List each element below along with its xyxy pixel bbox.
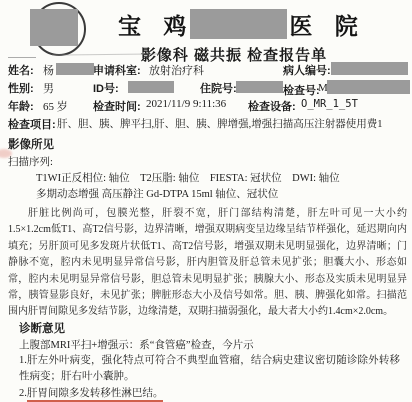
diagnosis-item-1: 1.肝左外叶病变，强化特点可符合不典型血管瘤，结合病史建议密切随诊除外转移性病变… <box>19 353 400 385</box>
hospital-name-suffix: 医 院 <box>289 8 365 41</box>
redaction-box-name <box>56 63 94 75</box>
name-label: 姓名: <box>8 62 34 78</box>
scan-sequence-line2: 多期动态增强 高压静注 Gd-DTPA 15ml 轴位、冠状位 <box>36 186 278 201</box>
dept-label: 申请科室: <box>93 62 141 78</box>
redaction-box-admission <box>236 81 283 93</box>
patient-no-label: 病人编号: <box>283 62 331 78</box>
redaction-box-exam-no <box>327 80 410 94</box>
device-value: O_MR_1_5T <box>301 98 358 110</box>
age-label: 年龄: <box>8 98 34 114</box>
exam-time-value: 2021/11/9 9:11:36 <box>146 98 226 110</box>
redaction-box-id <box>128 81 174 93</box>
gender-label: 性别: <box>8 80 34 96</box>
id-label: ID号: <box>93 80 119 96</box>
findings-body: 肝脏比例尚可，包膜光整，肝裂不宽，肝门部结构清楚，肝左叶可见一大小约1.5×1.… <box>8 206 407 321</box>
diagnosis-item-2-number: 2. <box>19 388 27 399</box>
scan-line-fragment <box>8 57 36 58</box>
diagnosis-item-2-text: 肝胃间隙多发转移性淋巴结。 <box>27 388 164 402</box>
exam-items-value: 肝、胆、胰、脾平扫,肝、胆、胰、脾增强,增强扫描高压注射器使用费1 <box>57 116 383 131</box>
gender-value: 男 <box>43 80 54 96</box>
exam-items-label: 检查项目: <box>8 116 56 132</box>
hospital-title: 宝 鸡 医 院 <box>118 8 366 40</box>
diagnosis-summary: 上腹部MRI平扫+增强示：系“食管癌”检查，今片示 <box>19 337 254 352</box>
dept-value: 放射治疗科 <box>149 62 204 78</box>
findings-heading: 影像所见 <box>8 136 54 152</box>
redaction-box-patient-no <box>331 62 408 75</box>
device-label: 检查设备: <box>248 98 296 114</box>
diagnosis-item-2: 2.肝胃间隙多发转移性淋巴结。 <box>19 385 163 400</box>
hospital-name-prefix: 宝 鸡 <box>118 8 194 41</box>
diagnosis-heading: 诊断意见 <box>19 320 65 336</box>
age-value: 65 岁 <box>43 98 68 114</box>
name-value: 杨 <box>43 62 54 78</box>
report-page: 宝 鸡 医 院 影像科 磁共振 检查报告单 姓名: 杨 申请科室: 放射治疗科 … <box>0 0 412 402</box>
scan-sequence-label: 扫描序列: <box>8 154 53 169</box>
redaction-box-hospital-name <box>190 9 287 39</box>
admission-label: 住院号: <box>200 80 237 96</box>
exam-time-label: 检查时间: <box>93 98 141 114</box>
redaction-box-logo <box>30 9 78 46</box>
exam-no-label: 检查号: <box>283 82 320 98</box>
scan-sequence-line1: T1WI正反相位: 轴位 T2压脂: 轴位 FIESTA: 冠状位 DWI: 轴… <box>36 170 340 185</box>
